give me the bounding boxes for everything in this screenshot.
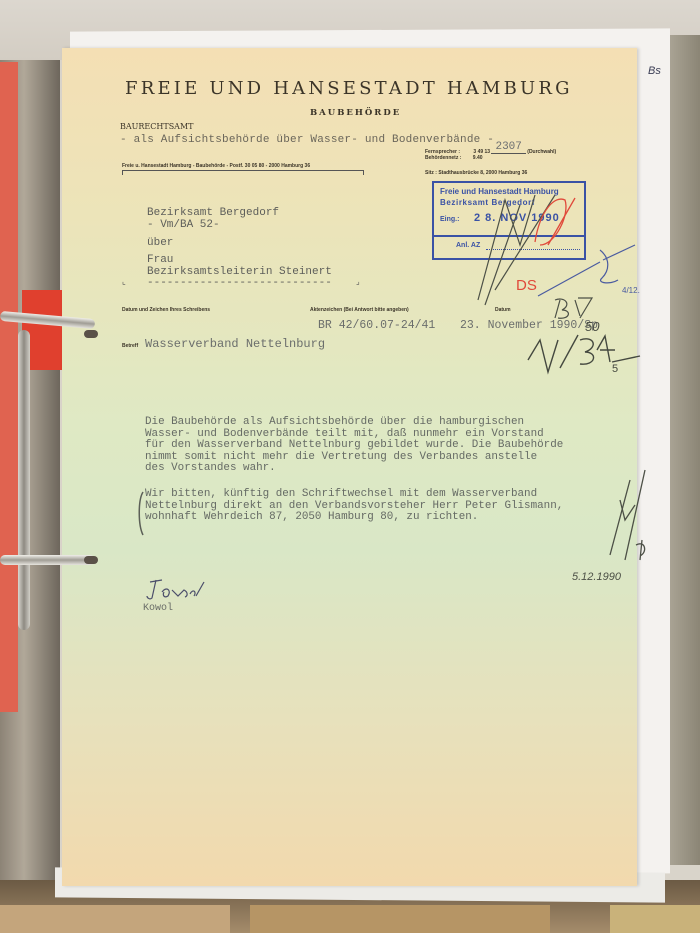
subject-text: Wasserverband Nettelnburg xyxy=(145,337,325,351)
recipient-attention-title: Frau xyxy=(147,254,173,266)
internal-label: Behördennetz : xyxy=(425,155,461,161)
binder-lever[interactable] xyxy=(18,330,30,630)
contact-block: Fernsprecher : 3 49 13 2307 (Durchwahl) … xyxy=(425,148,556,161)
stamp-divider xyxy=(434,235,584,237)
letterhead-department: BAUBEHÖRDE xyxy=(310,108,401,118)
red-divider-tab xyxy=(0,62,18,712)
letterhead-office-role: - als Aufsichtsbehörde über Wasser- und … xyxy=(120,134,494,146)
body-paragraph-1: Die Baubehörde als Aufsichtsbehörde über… xyxy=(145,417,563,475)
stamp-line1: Freie und Hansestadt Hamburg xyxy=(440,187,559,196)
sender-return-address: Freie u. Hansestadt Hamburg - Baubehörde… xyxy=(122,163,310,169)
window-corner-right: ⌟ xyxy=(356,277,360,286)
margin-note-top-right: Bs xyxy=(648,65,661,77)
window-corner-left: ⌞ xyxy=(122,277,126,286)
our-ref: BR 42/60.07-24/41 xyxy=(318,319,435,332)
recipient-name: Bezirksamt Bergedorf xyxy=(147,207,279,219)
letterhead-title: FREIE UND HANSESTADT HAMBURG xyxy=(125,78,573,99)
recipient-via: über xyxy=(147,237,173,249)
address-window-bracket xyxy=(122,170,364,175)
binder-ring-bottom[interactable] xyxy=(0,555,95,565)
binder-right-edge xyxy=(670,35,700,865)
letter-date: 23. November 1990/Sp xyxy=(460,319,598,332)
stamp-file-label: Anl. AZ xyxy=(456,242,480,249)
recipient-rule: ---------------------------- xyxy=(147,277,332,289)
internal-value: 9.40 xyxy=(473,155,483,161)
stamp-received-label: Eing.: xyxy=(440,216,459,223)
our-ref-label: Aktenzeichen (Bei Antwort bitte angeben) xyxy=(310,307,409,313)
stamp-dotted-line xyxy=(486,249,580,250)
contact-site: Sitz : Stadthausbrücke 8, 2000 Hamburg 3… xyxy=(425,170,527,176)
stamp-line2: Bezirksamt Bergedorf xyxy=(440,198,535,207)
punch-hole xyxy=(84,330,98,338)
typed-signature: Kowol xyxy=(143,603,173,614)
date-label: Datum xyxy=(495,307,511,313)
letterhead-office: BAURECHTSAMT xyxy=(120,122,193,131)
phone-extension: 2307 xyxy=(491,141,525,154)
body-paragraph-2: Wir bitten, künftig den Schriftwechsel m… xyxy=(145,489,563,524)
subject-label: Betreff xyxy=(122,343,138,349)
received-stamp: Freie und Hansestadt Hamburg Bezirksamt … xyxy=(432,181,586,260)
punch-hole xyxy=(84,556,98,564)
phone-suffix: (Durchwahl) xyxy=(527,149,556,155)
cardboard-box xyxy=(610,905,700,933)
photo-scene: FREIE UND HANSESTADT HAMBURG BAUBEHÖRDE … xyxy=(0,0,700,933)
cardboard-box xyxy=(0,905,230,933)
your-ref-label: Datum und Zeichen Ihres Schreibens xyxy=(122,307,210,313)
stamp-received-date: 2 8. NOV 1990 xyxy=(474,212,560,224)
cardboard-box xyxy=(250,905,550,933)
recipient-ref: - Vm/BA 52- xyxy=(147,219,220,231)
